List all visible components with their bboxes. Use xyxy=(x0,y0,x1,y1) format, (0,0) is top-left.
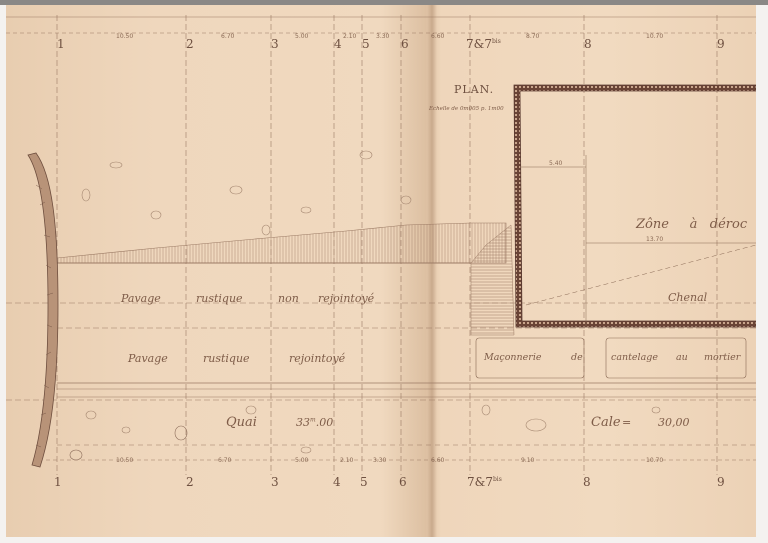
masonry-label-2: de xyxy=(571,352,583,363)
axis-bot-1: 1 xyxy=(54,475,62,489)
dim-bot-3-4: 5.00 xyxy=(295,457,308,464)
axis-top-6: 6 xyxy=(401,37,409,51)
dim-bot-8-9: 10.70 xyxy=(646,457,663,464)
dim-bot-5-6: 3.30 xyxy=(373,457,386,464)
dim-top-2-3: 6.70 xyxy=(221,33,234,40)
axis-top-9: 9 xyxy=(717,37,725,51)
hatched-strip xyxy=(57,223,506,263)
axis-top-3: 3 xyxy=(271,37,279,51)
axis-top-2: 2 xyxy=(186,37,194,51)
basin-wall xyxy=(514,85,756,327)
dim-top-8-9: 10.70 xyxy=(646,33,663,40)
dim-bot-6-7: 6.60 xyxy=(431,457,444,464)
axis-top-1: 1 xyxy=(57,37,65,51)
dim-top-7-8: 8.70 xyxy=(526,33,539,40)
dim-bot-4-5: 2.10 xyxy=(340,457,353,464)
axis-top-4: 4 xyxy=(334,37,342,51)
dim-top-4-5: 2.10 xyxy=(343,33,356,40)
channel-label: Chenal xyxy=(668,291,707,304)
paving-unjointed-3: non xyxy=(278,292,299,305)
masonry-label-3: cantelage xyxy=(611,352,658,363)
scale-note: Echelle de 0m005 p. 1m00 xyxy=(429,106,504,112)
axis-bot-9: 9 xyxy=(717,475,725,489)
axis-top-8: 8 xyxy=(584,37,592,51)
plan-title: PLAN. xyxy=(454,83,494,96)
dim-top-1-2: 10.50 xyxy=(116,33,133,40)
axis-bot-7: 7&7bis xyxy=(467,475,502,489)
dim-top-3-4: 5.00 xyxy=(295,33,308,40)
masonry-label-5: mortier xyxy=(704,352,740,363)
slipway-eq: = xyxy=(622,416,631,429)
masonry-label-1: Maçonnerie xyxy=(484,352,542,363)
quay-length: 33m.00 xyxy=(296,416,333,429)
dim-bot-1-2: 10.50 xyxy=(116,457,133,464)
dim-top-6-7: 6.60 xyxy=(431,33,444,40)
masonry-label-4: au xyxy=(676,352,688,363)
paving-jointed-3: rejointoyé xyxy=(289,352,345,365)
paving-jointed-2: rustique xyxy=(203,352,250,365)
paving-unjointed-4: rejointoyé xyxy=(318,292,374,305)
basin-width-dim: 5.40 xyxy=(549,160,562,167)
axis-bot-2: 2 xyxy=(186,475,194,489)
axis-bot-3: 3 xyxy=(271,475,279,489)
rock-edge xyxy=(28,153,58,467)
axis-bot-6: 6 xyxy=(399,475,407,489)
quay-label: Quai xyxy=(226,415,257,430)
dim-bot-7-8: 9.10 xyxy=(521,457,534,464)
slipway-label: Cale xyxy=(591,415,621,430)
axis-bot-4: 4 xyxy=(333,475,341,489)
axis-top-5: 5 xyxy=(362,37,370,51)
basin-inner-dim: 13.70 xyxy=(646,236,663,243)
paving-jointed-1: Pavage xyxy=(128,352,168,365)
rock-zone-label: Zône à déroc xyxy=(636,217,747,232)
axis-bot-8: 8 xyxy=(583,475,591,489)
paving-unjointed-2: rustique xyxy=(196,292,243,305)
dim-top-5-6: 3.30 xyxy=(376,33,389,40)
dim-bot-2-3: 6.70 xyxy=(218,457,231,464)
plan-sheet: 1 2 3 4 5 6 7&7bis 8 9 10.50 6.70 5.00 2… xyxy=(6,5,756,537)
axis-bot-5: 5 xyxy=(360,475,368,489)
paving-unjointed-1: Pavage xyxy=(121,292,161,305)
axis-top-7: 7&7bis xyxy=(466,37,501,51)
slipway-length: 30,00 xyxy=(658,416,690,429)
